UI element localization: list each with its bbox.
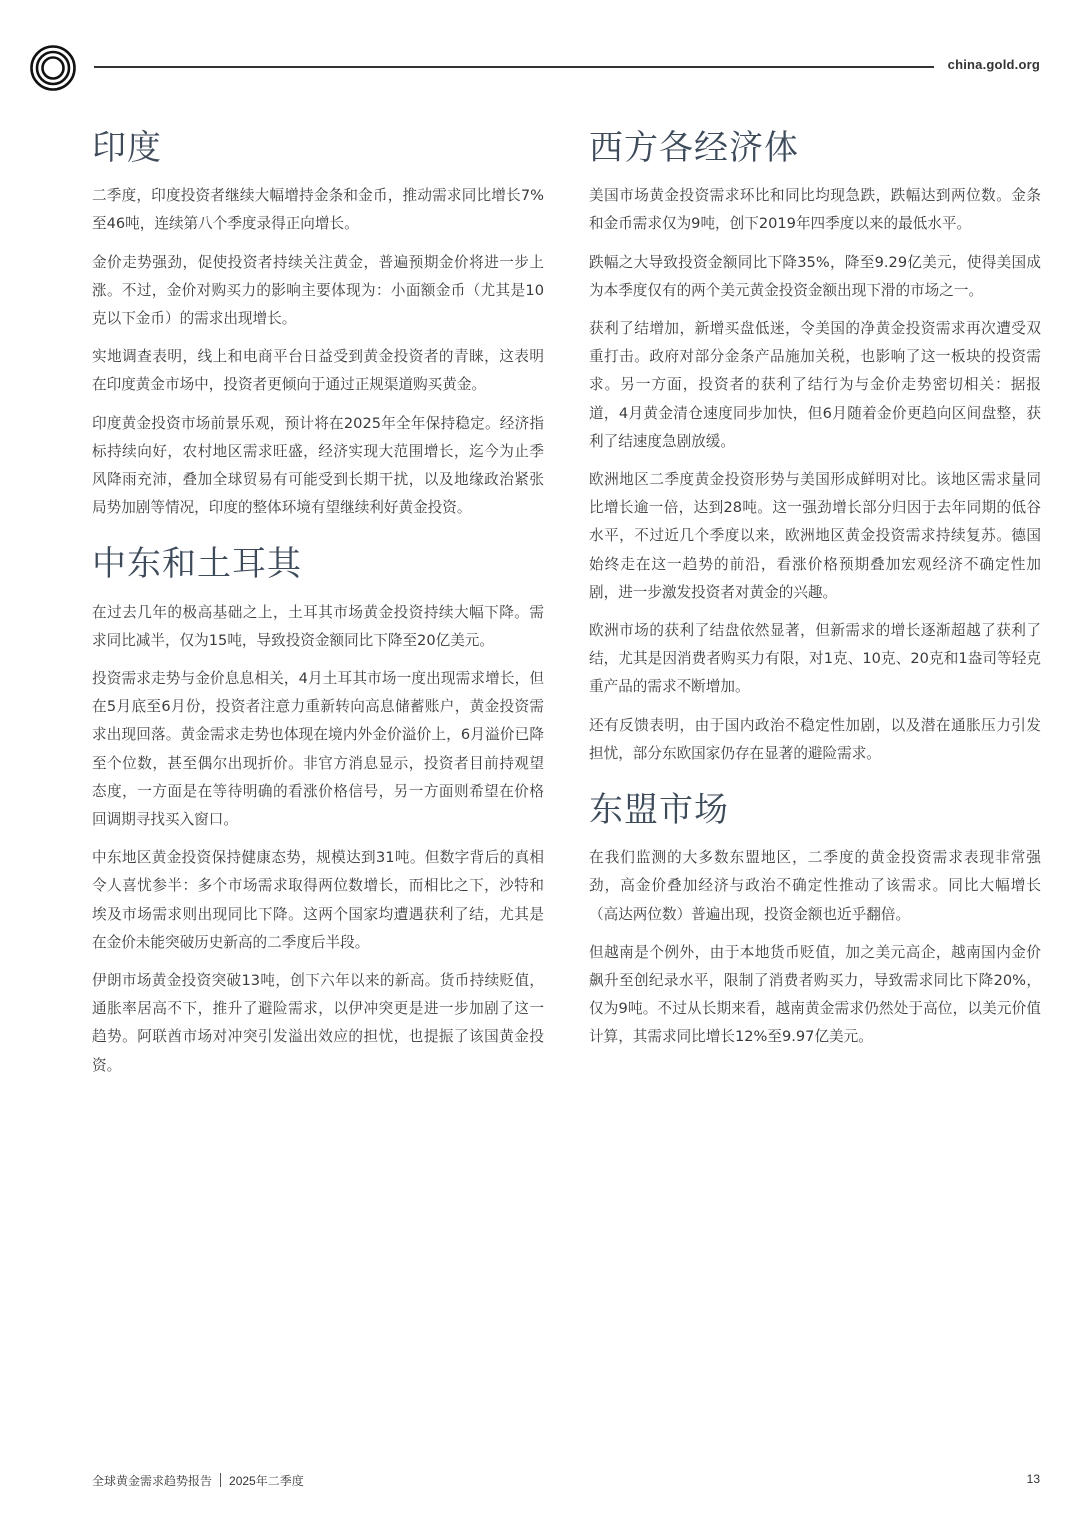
paragraph: 实地调查表明，线上和电商平台日益受到黄金投资者的青睐，这表明在印度黄金市场中，投… xyxy=(92,343,544,399)
report-title: 全球黄金需求趋势报告 xyxy=(92,1474,212,1488)
left-column: 印度 二季度，印度投资者继续大幅增持金条和金币，推动需求同比增长7%至46吨，连… xyxy=(92,126,544,1090)
paragraph: 美国市场黄金投资需求环比和同比均现急跌，跌幅达到两位数。金条和金币需求仅为9吨，… xyxy=(589,182,1041,238)
section-title: 印度 xyxy=(92,126,544,170)
paragraph: 在我们监测的大多数东盟地区，二季度的黄金投资需求表现非常强劲，高金价叠加经济与政… xyxy=(589,844,1041,929)
paragraph: 但越南是个例外，由于本地货币贬值，加之美元高企，越南国内金价飙升至创纪录水平，限… xyxy=(589,939,1041,1052)
site-url[interactable]: china.gold.org xyxy=(948,57,1040,72)
right-column: 西方各经济体 美国市场黄金投资需求环比和同比均现急跌，跌幅达到两位数。金条和金币… xyxy=(589,126,1041,1062)
paragraph: 金价走势强劲，促使投资者持续关注黄金，普遍预期金价将进一步上涨。不过，金价对购买… xyxy=(92,249,544,334)
paragraph: 欧洲市场的获利了结盘依然显著，但新需求的增长逐渐超越了获利了结，尤其是因消费者购… xyxy=(589,617,1041,702)
paragraph: 印度黄金投资市场前景乐观，预计将在2025年全年保持稳定。经济指标持续向好，农村… xyxy=(92,410,544,523)
section-asean: 东盟市场 在我们监测的大多数东盟地区，二季度的黄金投资需求表现非常强劲，高金价叠… xyxy=(589,788,1041,1052)
paragraph: 获利了结增加，新增买盘低迷，令美国的净黄金投资需求再次遭受双重打击。政府对部分金… xyxy=(589,315,1041,456)
page-footer: 全球黄金需求趋势报告2025年二季度 13 xyxy=(92,1472,1040,1492)
page-number: 13 xyxy=(1027,1472,1040,1486)
paragraph: 在过去几年的极高基础之上，土耳其市场黄金投资持续大幅下降。需求同比减半，仅为15… xyxy=(92,599,544,655)
world-gold-council-logo-icon xyxy=(29,44,77,92)
footer-divider xyxy=(220,1473,221,1487)
section-india: 印度 二季度，印度投资者继续大幅增持金条和金币，推动需求同比增长7%至46吨，连… xyxy=(92,126,544,522)
paragraph: 中东地区黄金投资保持健康态势，规模达到31吨。但数字背后的真相令人喜忧参半：多个… xyxy=(92,844,544,957)
section-title: 西方各经济体 xyxy=(589,126,1041,170)
section-western-economies: 西方各经济体 美国市场黄金投资需求环比和同比均现急跌，跌幅达到两位数。金条和金币… xyxy=(589,126,1041,768)
section-title: 中东和土耳其 xyxy=(92,542,544,586)
paragraph: 二季度，印度投资者继续大幅增持金条和金币，推动需求同比增长7%至46吨，连续第八… xyxy=(92,182,544,238)
section-middle-east-turkey: 中东和土耳其 在过去几年的极高基础之上，土耳其市场黄金投资持续大幅下降。需求同比… xyxy=(92,542,544,1079)
paragraph: 跌幅之大导致投资金额同比下降35%，降至9.29亿美元，使得美国成为本季度仅有的… xyxy=(589,249,1041,305)
report-period: 2025年二季度 xyxy=(229,1474,304,1488)
paragraph: 伊朗市场黄金投资突破13吨，创下六年以来的新高。货币持续贬值，通胀率居高不下，推… xyxy=(92,967,544,1080)
section-title: 东盟市场 xyxy=(589,788,1041,832)
paragraph: 还有反馈表明，由于国内政治不稳定性加剧，以及潜在通胀压力引发担忧，部分东欧国家仍… xyxy=(589,712,1041,768)
paragraph: 欧洲地区二季度黄金投资形势与美国形成鲜明对比。该地区需求量同比增长逾一倍，达到2… xyxy=(589,466,1041,607)
header-rule xyxy=(94,66,934,68)
page-header: china.gold.org xyxy=(0,0,1080,110)
paragraph: 投资需求走势与金价息息相关，4月土耳其市场一度出现需求增长，但在5月底至6月份，… xyxy=(92,665,544,834)
